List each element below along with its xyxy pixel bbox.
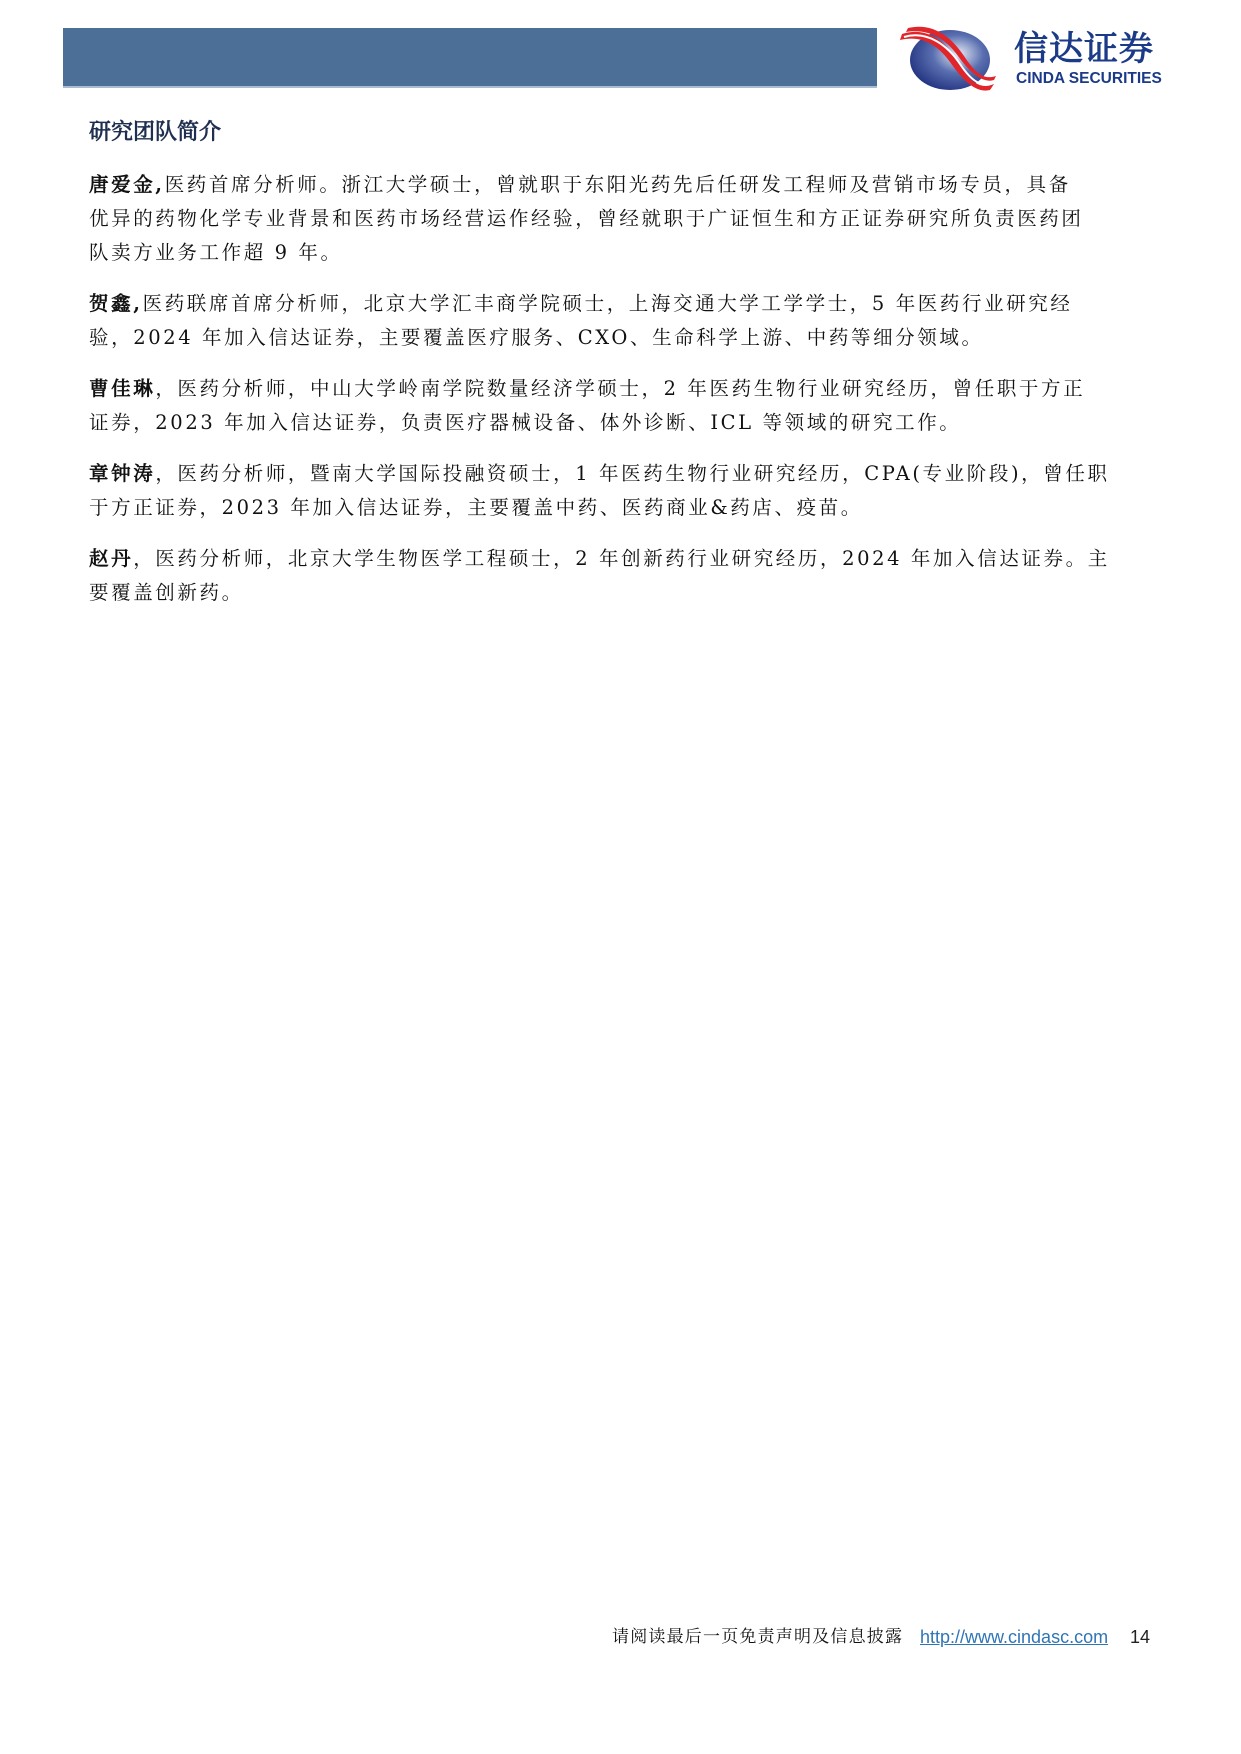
bio-text: 医药首席分析师。浙江大学硕士，曾就职于东阳光药先后任研发工程师及营销市场专员，具… (165, 173, 1071, 196)
analyst-name: 章钟涛 (89, 462, 155, 485)
bio-text: ，医药分析师，中山大学岭南学院数量经济学硕士，2 年医药生物行业研究经历，曾任职… (155, 377, 1085, 400)
bio-text: 于方正证券，2023 年加入信达证券，主要覆盖中药、医药商业&药店、疫苗。 (89, 491, 1129, 525)
bio-text: 队卖方业务工作超 9 年。 (89, 236, 1129, 270)
team-bios: 唐爱金,医药首席分析师。浙江大学硕士，曾就职于东阳光药先后任研发工程师及营销市场… (89, 168, 1129, 627)
website-link[interactable]: http://www.cindasc.com (920, 1622, 1108, 1652)
analyst-name: 贺鑫, (89, 292, 143, 315)
cinda-logo-icon (898, 24, 996, 92)
page-number: 14 (1130, 1622, 1150, 1652)
bio-cao-jialin: 曹佳琳，医药分析师，中山大学岭南学院数量经济学硕士，2 年医药生物行业研究经历，… (89, 372, 1129, 440)
bio-text: 医药联席首席分析师，北京大学汇丰商学院硕士，上海交通大学工学学士，5 年医药行业… (143, 292, 1073, 315)
bio-zhang-zhongtao: 章钟涛，医药分析师，暨南大学国际投融资硕士，1 年医药生物行业研究经历，CPA(… (89, 457, 1129, 525)
logo-english-name: CINDA SECURITIES (1016, 70, 1162, 88)
disclaimer-text: 请阅读最后一页免责声明及信息披露 (612, 1622, 903, 1652)
bio-text: 证券，2023 年加入信达证券，负责医疗器械设备、体外诊断、ICL 等领域的研究… (89, 406, 1129, 440)
logo-chinese-name: 信达证券 (1014, 30, 1154, 68)
page-footer: 请阅读最后一页免责声明及信息披露 http://www.cindasc.com … (0, 1622, 1241, 1652)
bio-tang-aijin: 唐爱金,医药首席分析师。浙江大学硕士，曾就职于东阳光药先后任研发工程师及营销市场… (89, 168, 1129, 270)
analyst-name: 唐爱金, (89, 173, 165, 196)
company-logo: 信达证券 CINDA SECURITIES (898, 24, 1198, 94)
analyst-name: 赵丹 (89, 547, 133, 570)
bio-text: 验，2024 年加入信达证券，主要覆盖医疗服务、CXO、生命科学上游、中药等细分… (89, 321, 1129, 355)
bio-text: ，医药分析师，北京大学生物医学工程硕士，2 年创新药行业研究经历，2024 年加… (133, 547, 1110, 570)
section-title: 研究团队简介 (89, 118, 221, 148)
bio-zhao-dan: 赵丹，医药分析师，北京大学生物医学工程硕士，2 年创新药行业研究经历，2024 … (89, 542, 1129, 610)
bio-text: 优异的药物化学专业背景和医药市场经营运作经验，曾经就职于广证恒生和方正证券研究所… (89, 202, 1129, 236)
bio-text: 要覆盖创新药。 (89, 576, 1129, 610)
bio-he-xin: 贺鑫,医药联席首席分析师，北京大学汇丰商学院硕士，上海交通大学工学学士，5 年医… (89, 287, 1129, 355)
bio-text: ，医药分析师，暨南大学国际投融资硕士，1 年医药生物行业研究经历，CPA(专业阶… (155, 462, 1109, 485)
analyst-name: 曹佳琳 (89, 377, 155, 400)
header-banner (63, 28, 877, 88)
